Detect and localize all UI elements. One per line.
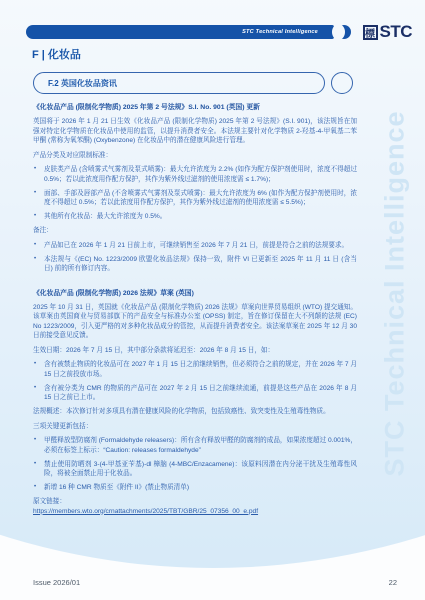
source-block: 原文链接： https://members.wto.org/crnattachm… (33, 497, 357, 516)
article1-classification-label: 产品分类及对应限制标准： (33, 151, 357, 160)
article-content: 《化妆品产品 (限制化学物质) 2025 年第 2 号法规》S.I. No. 9… (33, 103, 357, 521)
article2-effective-date: 生效日期：2026 年 7 月 15 日，其中部分条款将延迟至：2026 年 8… (33, 346, 357, 355)
list-item: 产品如已在 2026 年 1 月 21 日前上市，可继续销售至 2026 年 7… (33, 241, 357, 250)
list-item: 其他所有化妆品：最大允许浓度为 0.5%。 (33, 212, 357, 221)
decorative-circle (331, 72, 353, 94)
article1-intro: 英国将于 2026 年 1 月 21 日生效《化妆品产品 (限制化学物质) 20… (33, 117, 357, 145)
article2-updates-label: 三项关键更新包括： (33, 422, 357, 431)
list-item: 新增 16 种 CMR 物质至《附件 II》(禁止物质清单) (33, 483, 357, 492)
stc-logo-text: STC (380, 22, 413, 42)
document-page: STC Technical Intelligence STC Technical… (0, 0, 425, 600)
stc-seal-icon: 標 (363, 25, 378, 40)
article2-intro: 2025 年 10 月 31 日，英国就《化妆品产品 (限制化学物质) 2026… (33, 303, 357, 341)
article2-effective-list: 含有被禁止物质的化妆品可在 2027 年 1 月 15 日之前继续销售，但必须符… (33, 360, 357, 402)
article2-overview: 法规概述：本次修订针对多项具有潜在健康风险的化学物质，包括致癌性、致突变性及生殖… (33, 407, 357, 416)
source-link[interactable]: https://members.wto.org/crnattachments/2… (33, 508, 258, 515)
topbar-label: STC Technical Intelligence (242, 29, 318, 35)
subsection-title: F.2 英国化妆品资讯 (48, 78, 117, 89)
top-bar: STC Technical Intelligence (26, 25, 334, 39)
topbar-crescent-icon (337, 25, 351, 39)
list-item: 面部、手部及唇部产品 (不含喷雾式气雾剂及泵式喷雾)：最大允许浓度为 6% (如… (33, 189, 357, 208)
page-footer: Issue 2026/01 22 (33, 578, 397, 587)
article1-title: 《化妆品产品 (限制化学物质) 2025 年第 2 号法规》S.I. No. 9… (33, 103, 357, 113)
article1-notes-label: 备注： (33, 226, 357, 235)
list-item: 禁止使用防晒剂 3-(4-甲基亚苄基)-dl 樟脑 (4-MBC/Enzacam… (33, 460, 357, 479)
article1-classification-list: 皮肤类产品 (含喷雾式气雾剂及泵式喷雾)：最大允许浓度为 2.2% (如作为配方… (33, 165, 357, 221)
list-item: 含有被禁止物质的化妆品可在 2027 年 1 月 15 日之前继续销售，但必须符… (33, 360, 357, 379)
list-item: 皮肤类产品 (含喷雾式气雾剂及泵式喷雾)：最大允许浓度为 2.2% (如作为配方… (33, 165, 357, 184)
article1-notes-list: 产品如已在 2026 年 1 月 21 日前上市，可继续销售至 2026 年 7… (33, 241, 357, 274)
list-item: 含有被分类为 CMR 的物质的产品可在 2027 年 2 月 15 日之前继续流… (33, 384, 357, 403)
article2-title: 《化妆品产品 (限制化学物质) 2026 法规》草案 (英国) (33, 289, 357, 299)
list-item: 甲醛释放型防腐剂 (Formaldehyde releasers)：所有含有释放… (33, 436, 357, 455)
source-label: 原文链接： (33, 498, 66, 505)
footer-page-number: 22 (389, 578, 397, 587)
footer-issue: Issue 2026/01 (33, 578, 80, 587)
article2-updates-list: 甲醛释放型防腐剂 (Formaldehyde releasers)：所有含有释放… (33, 436, 357, 492)
section-heading: F | 化妆品 (32, 46, 81, 62)
subsection-tab: F.2 英国化妆品资讯 (33, 72, 325, 94)
stc-logo: 標 STC (363, 22, 413, 42)
list-item: 本法规与《(EC) No. 1223/2009 欧盟化妆品法规》保持一致，附件 … (33, 255, 357, 274)
